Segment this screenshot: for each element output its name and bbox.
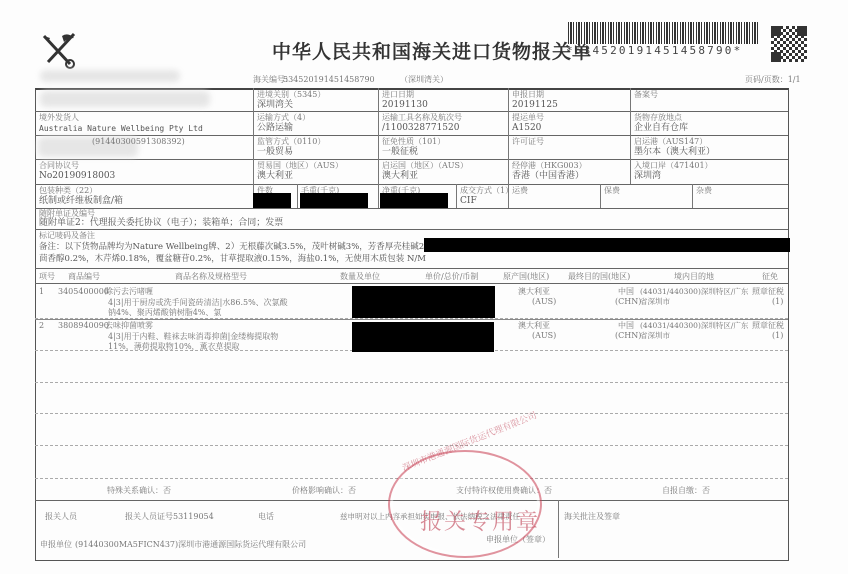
redacted-quantity-price bbox=[352, 322, 494, 352]
page-title: 中华人民共和国海关进口货物报关单 bbox=[272, 37, 592, 64]
entry-customs-value: 深圳湾关 bbox=[257, 100, 293, 111]
domestic-destination: (44031/440300)深圳特区/广东省深圳市 bbox=[640, 287, 750, 307]
customs-emblem-icon bbox=[40, 30, 80, 70]
remarks-label: 标记唛码及备注 bbox=[39, 231, 95, 241]
customs-approval-label: 海关批注及签章 bbox=[564, 512, 620, 522]
product-spec-line2: 钠4%、聚丙烯酸钠树脂4%、氯 bbox=[108, 308, 221, 318]
redacted-consignee bbox=[40, 91, 210, 107]
stamp-text: 报关专用章 bbox=[420, 505, 540, 536]
qr-code-icon bbox=[771, 26, 807, 62]
remarks-line1: 备注：以下货物品牌均为Nature Wellbeing牌、2）无根藤次碱3.5%… bbox=[39, 242, 440, 253]
storage-place-label: 货物存放地点 bbox=[634, 113, 682, 123]
redacted-remarks bbox=[424, 238, 790, 252]
trade-terms-label: 成交方式（1） bbox=[460, 186, 513, 196]
package-type-value: 纸制或纤维板制盒/箱 bbox=[39, 196, 123, 207]
docs-value: 随附单证2：代理报关委托协议（电子）；装箱单；合同；发票 bbox=[39, 218, 283, 229]
departure-port-value: 墨尔本（澳大利亚） bbox=[634, 147, 715, 158]
supervision-mode-value: 一般贸易 bbox=[257, 147, 293, 158]
barcode-text: *5345201914514587​90* bbox=[566, 44, 742, 57]
product-spec-line1: 4|3|用于厨房或洗手间瓷砖清洁|水86.5%、次氯酸 bbox=[108, 298, 288, 308]
hs-code: 3808940090 bbox=[58, 321, 109, 331]
levy-mode: 照章征税 bbox=[752, 321, 784, 331]
product-spec-line2: 11%，薄荷提取物10%，薰衣草提取 bbox=[108, 342, 240, 352]
redacted-quantity-price bbox=[352, 286, 495, 318]
remarks-line2: 茴香醇0.2%，木芹烯0.18%，覆盆糖苷0.2%，甘草提取液0.15%，海盐0… bbox=[39, 254, 426, 265]
dest-country-code: (CHN) bbox=[615, 297, 641, 307]
redacted-pieces bbox=[253, 193, 291, 208]
price-influence-confirm: 价格影响确认：否 bbox=[292, 486, 356, 496]
page-count: 页码/页数：1/1 bbox=[745, 75, 801, 85]
transit-port-label: 经停港（HKG003） bbox=[512, 161, 587, 171]
declarant-cert: 报关人员证号53119054 bbox=[125, 512, 214, 522]
levy-code: (1) bbox=[772, 331, 783, 341]
hs-code: 3405400000 bbox=[58, 287, 109, 297]
origin-country-value: 澳大利亚 bbox=[382, 171, 418, 182]
levy-code: (1) bbox=[772, 297, 783, 307]
special-relation-confirm: 特殊关系确认：否 bbox=[107, 486, 171, 496]
entry-port-label: 入境口岸（471401） bbox=[634, 161, 713, 171]
import-date-label: 进口日期 bbox=[382, 90, 414, 100]
record-no-label: 备案号 bbox=[634, 90, 658, 100]
entry-port-value: 深圳湾 bbox=[634, 171, 661, 182]
bill-no-value: A1520 bbox=[512, 123, 541, 134]
departure-port-label: 启运港（AUS147） bbox=[634, 137, 707, 147]
col-quantity: 数量及单位 bbox=[340, 272, 380, 282]
declare-date-label: 申报日期 bbox=[512, 90, 544, 100]
overseas-consignor-label: 境外发货人 bbox=[39, 113, 79, 123]
transport-mode-label: 运输方式（4） bbox=[257, 113, 310, 123]
declare-date-value: 20191125 bbox=[512, 100, 558, 111]
trade-terms-value: CIF bbox=[460, 196, 477, 207]
levy-nature-value: 一般征税 bbox=[382, 147, 418, 158]
phone-label: 电话 bbox=[258, 512, 274, 522]
freight-label: 运费 bbox=[512, 186, 528, 196]
transit-port-value: 香港（中国香港） bbox=[512, 171, 584, 182]
redacted-declarant-name bbox=[40, 70, 180, 82]
customs-no: 534520191451458790 bbox=[283, 75, 375, 85]
transport-name-label: 运输工具名称及航次号 bbox=[382, 113, 462, 123]
import-date-value: 20191130 bbox=[382, 100, 428, 111]
redacted-gross-weight bbox=[300, 193, 368, 208]
col-item-no: 项号 bbox=[39, 272, 55, 282]
trade-country-value: 澳大利亚 bbox=[257, 171, 293, 182]
dest-country: 中国 bbox=[618, 287, 634, 297]
declarant-label: 报关人员 bbox=[45, 512, 77, 522]
customs-office-note: （深圳湾关） bbox=[400, 75, 448, 85]
domestic-destination: (44031/440300)深圳特区/广东省深圳市 bbox=[640, 321, 750, 341]
dest-country-code: (CHN) bbox=[615, 331, 641, 341]
product-spec-line1: 4|3|用于内鞋、鞋袜去味消毒抑菌|金缕梅提取物 bbox=[108, 332, 278, 342]
col-hs-code: 商品编号 bbox=[68, 272, 100, 282]
origin-country: 澳大利亚 bbox=[518, 287, 550, 297]
package-type-label: 包装种类（22） bbox=[39, 186, 97, 196]
entry-customs-label: 进境关别（5345） bbox=[257, 90, 325, 100]
levy-nature-label: 征免性质（101） bbox=[382, 137, 445, 147]
col-domestic-destination: 境内目的地 bbox=[674, 272, 714, 282]
col-price: 单价/总价/币制 bbox=[425, 272, 478, 282]
item-no: 2 bbox=[39, 321, 44, 331]
col-levy: 征免 bbox=[762, 272, 778, 282]
trade-country-label: 贸易国（地区）（AUS） bbox=[257, 161, 343, 171]
product-name: 去味抑菌喷雾 bbox=[105, 321, 153, 331]
levy-mode: 照章征税 bbox=[752, 287, 784, 297]
col-origin: 原产国(地区) bbox=[503, 272, 549, 282]
insurance-label: 保费 bbox=[604, 186, 620, 196]
declare-unit-value: (91440300MA5FICN437)深圳市港通源国际货运代理有限公司 bbox=[75, 540, 306, 550]
item-no: 1 bbox=[39, 287, 44, 297]
contract-no-value: No20190918003 bbox=[39, 171, 115, 182]
col-product-name: 商品名称及规格型号 bbox=[175, 272, 247, 282]
product-name: 除污去污啫喱 bbox=[105, 287, 153, 297]
overseas-consignor-value: Australia Nature Wellbeing Pty Ltd bbox=[39, 123, 203, 134]
barcode bbox=[568, 22, 758, 44]
declare-unit-label: 申报单位 bbox=[40, 540, 72, 550]
dest-country: 中国 bbox=[618, 321, 634, 331]
origin-country-label: 启运国（地区）（AUS） bbox=[382, 161, 468, 171]
transport-mode-value: 公路运输 bbox=[257, 123, 293, 134]
supervision-mode-label: 监管方式（0110） bbox=[257, 137, 325, 147]
contract-no-label: 合同协议号 bbox=[39, 161, 79, 171]
redacted-net-weight bbox=[380, 193, 448, 208]
transport-name-value: /1100328771520 bbox=[382, 123, 459, 134]
bill-no-label: 提运单号 bbox=[512, 113, 544, 123]
origin-code: (AUS) bbox=[532, 297, 556, 307]
origin-code: (AUS) bbox=[532, 331, 556, 341]
license-no-label: 许可证号 bbox=[512, 137, 544, 147]
self-report-confirm: 自报自缴：否 bbox=[662, 486, 710, 496]
col-destination-country: 最终目的国(地区) bbox=[568, 272, 630, 282]
misc-fee-label: 杂费 bbox=[696, 186, 712, 196]
origin-country: 澳大利亚 bbox=[518, 321, 550, 331]
consumer-unit-value: (91440300591308392) bbox=[92, 137, 185, 147]
storage-place-value: 企业自有仓库 bbox=[634, 123, 688, 134]
